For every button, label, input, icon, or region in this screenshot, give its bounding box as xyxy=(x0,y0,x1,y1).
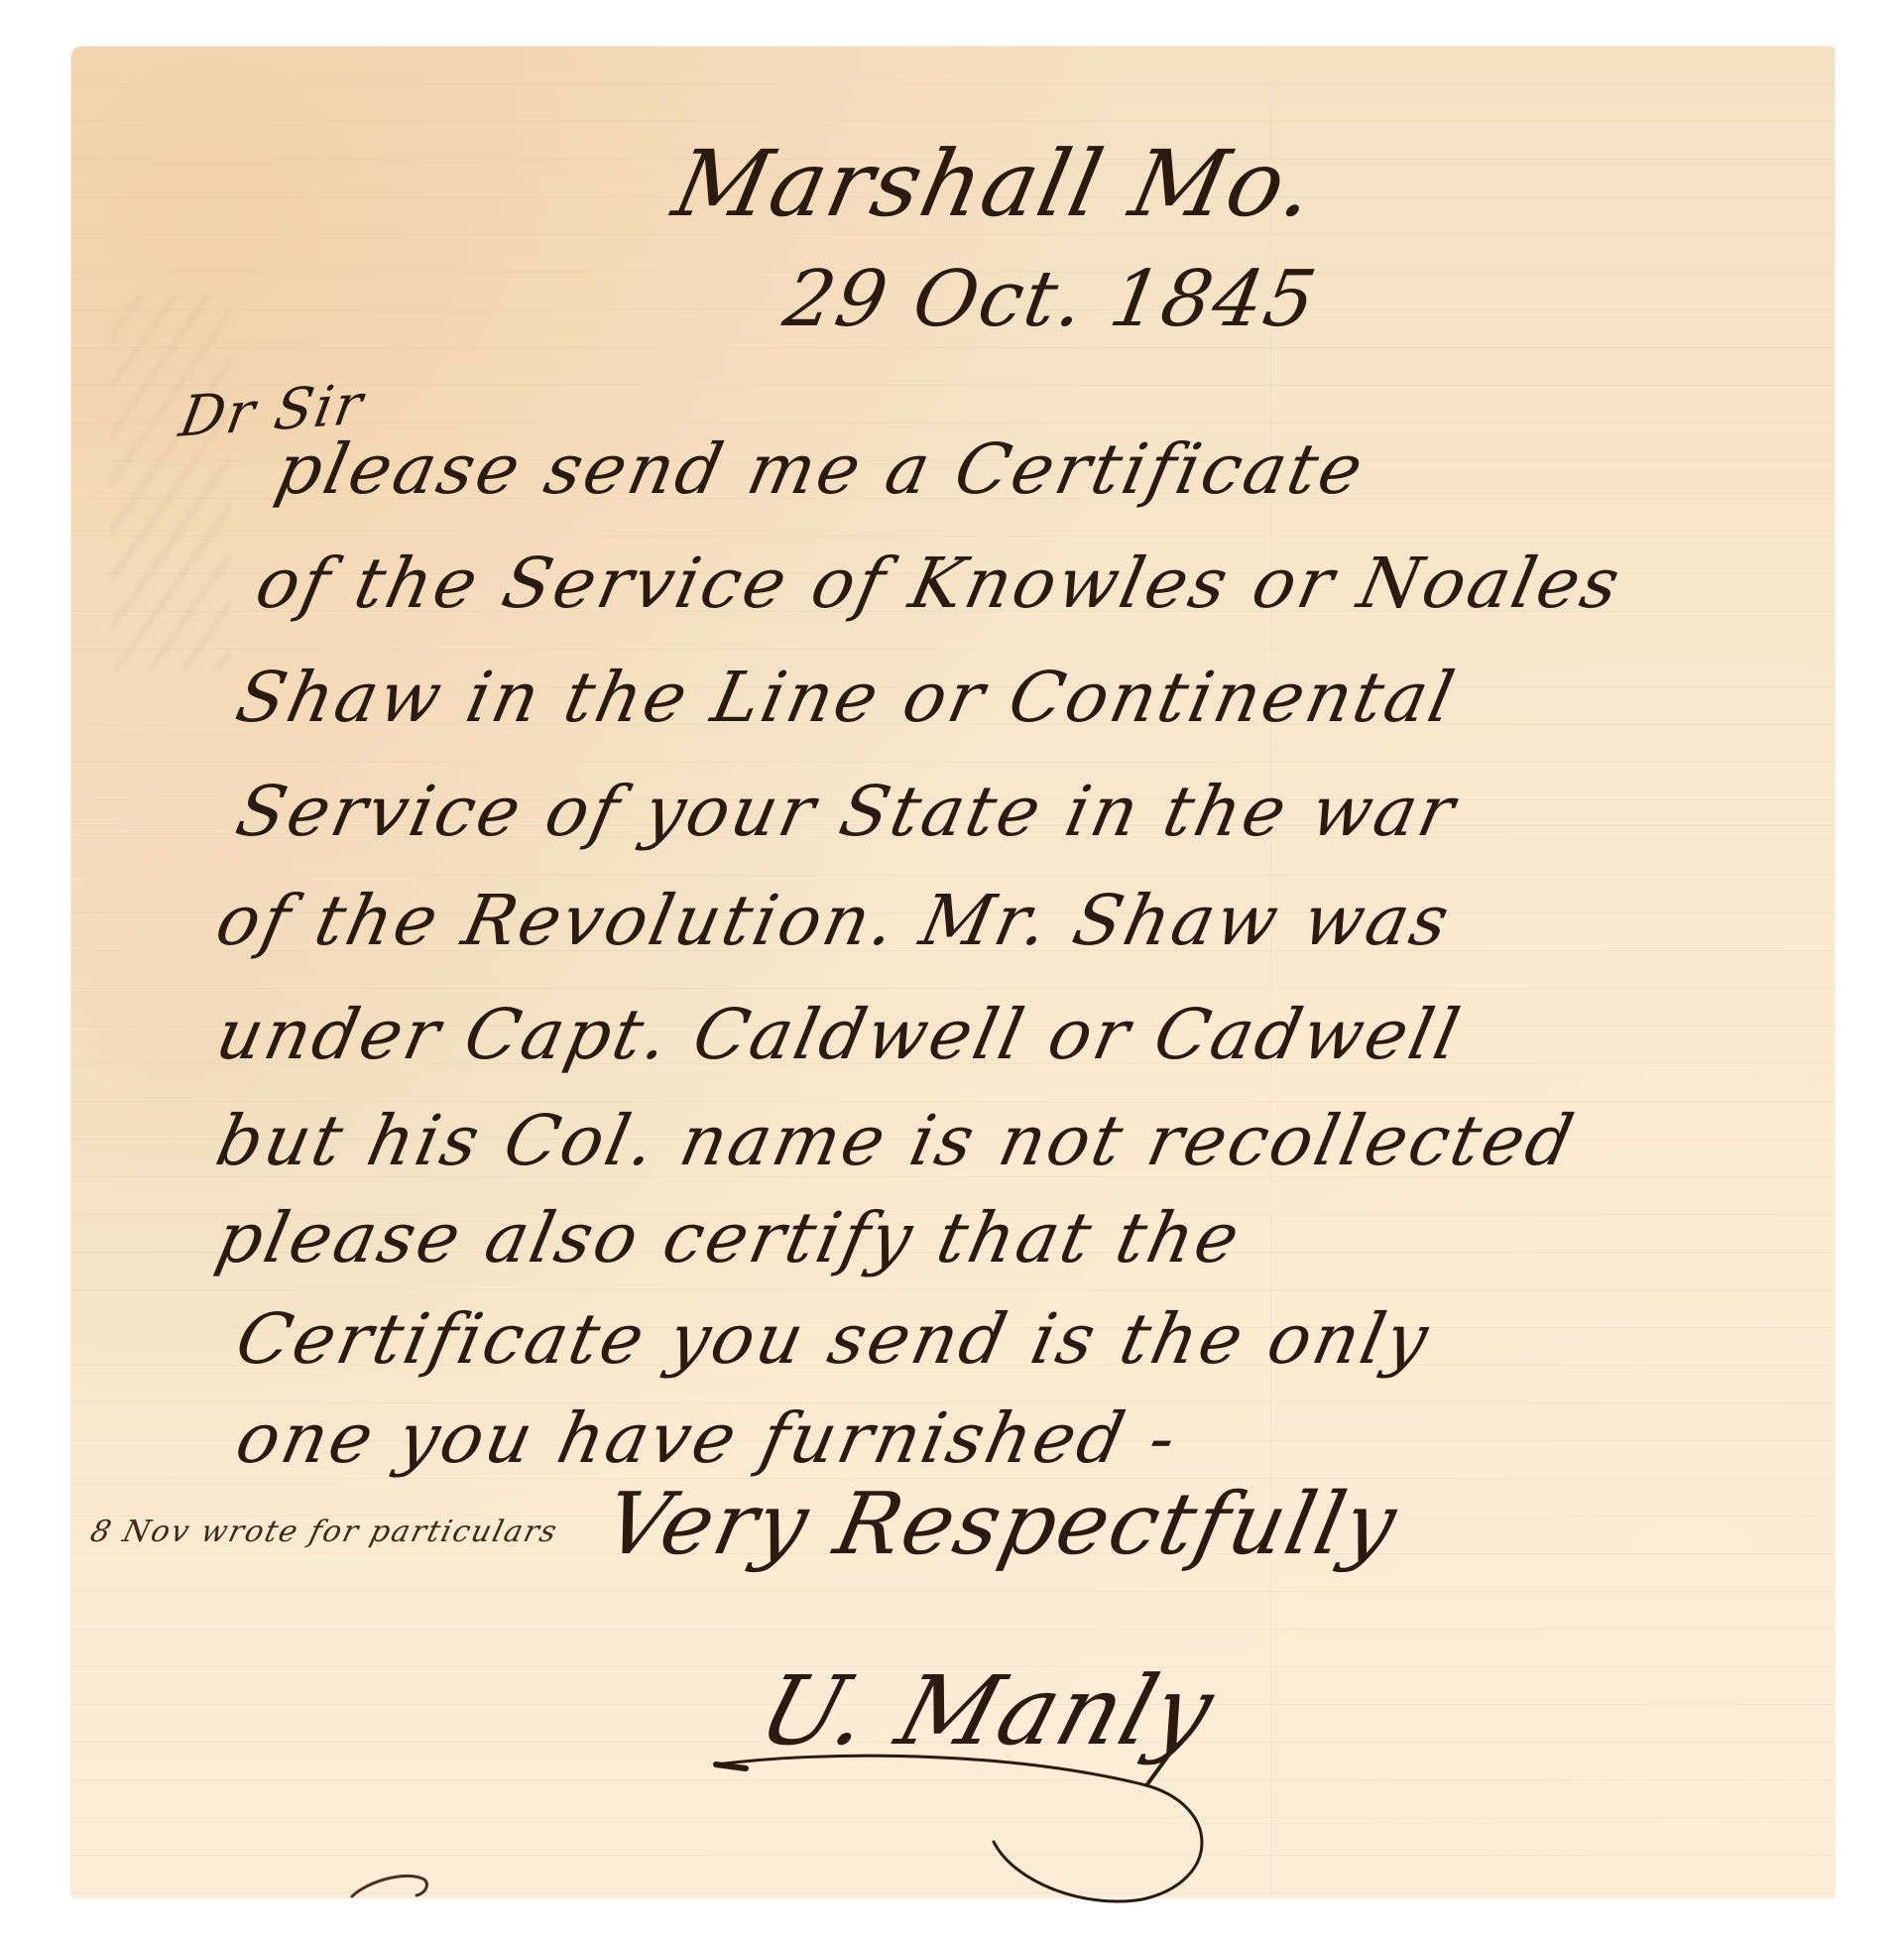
body-line: Service of your State in the war xyxy=(229,771,1464,852)
body-line: under Capt. Caldwell or Cadwell xyxy=(209,994,1469,1075)
body-line: Shaw in the Line or Continental xyxy=(229,657,1464,738)
letter-paper: Marshall Mo. 29 Oct. 1845 Dr Sir please … xyxy=(71,47,1835,1897)
body-line: of the Service of Knowles or Noales xyxy=(249,543,1629,624)
stray-ink-mark-icon xyxy=(347,1862,436,1901)
body-line: please also certify that the xyxy=(209,1197,1249,1278)
body-line: but his Col. name is not recollected xyxy=(209,1100,1583,1181)
letter-date: 29 Oct. 1845 xyxy=(777,255,1324,344)
body-line: one you have furnished - xyxy=(229,1398,1185,1479)
bleed-through-ink xyxy=(111,295,230,671)
body-line: Certificate you send is the only xyxy=(229,1298,1438,1380)
letter-closing: Very Respectfully xyxy=(596,1475,1406,1574)
body-line: of the Revolution. Mr. Shaw was xyxy=(209,880,1459,961)
letter-place: Marshall Mo. xyxy=(665,131,1326,237)
body-line: please send me a Certificate xyxy=(269,428,1372,510)
signature-flourish-icon xyxy=(706,1743,1261,1911)
margin-note: 8 Nov wrote for particulars xyxy=(87,1515,562,1549)
